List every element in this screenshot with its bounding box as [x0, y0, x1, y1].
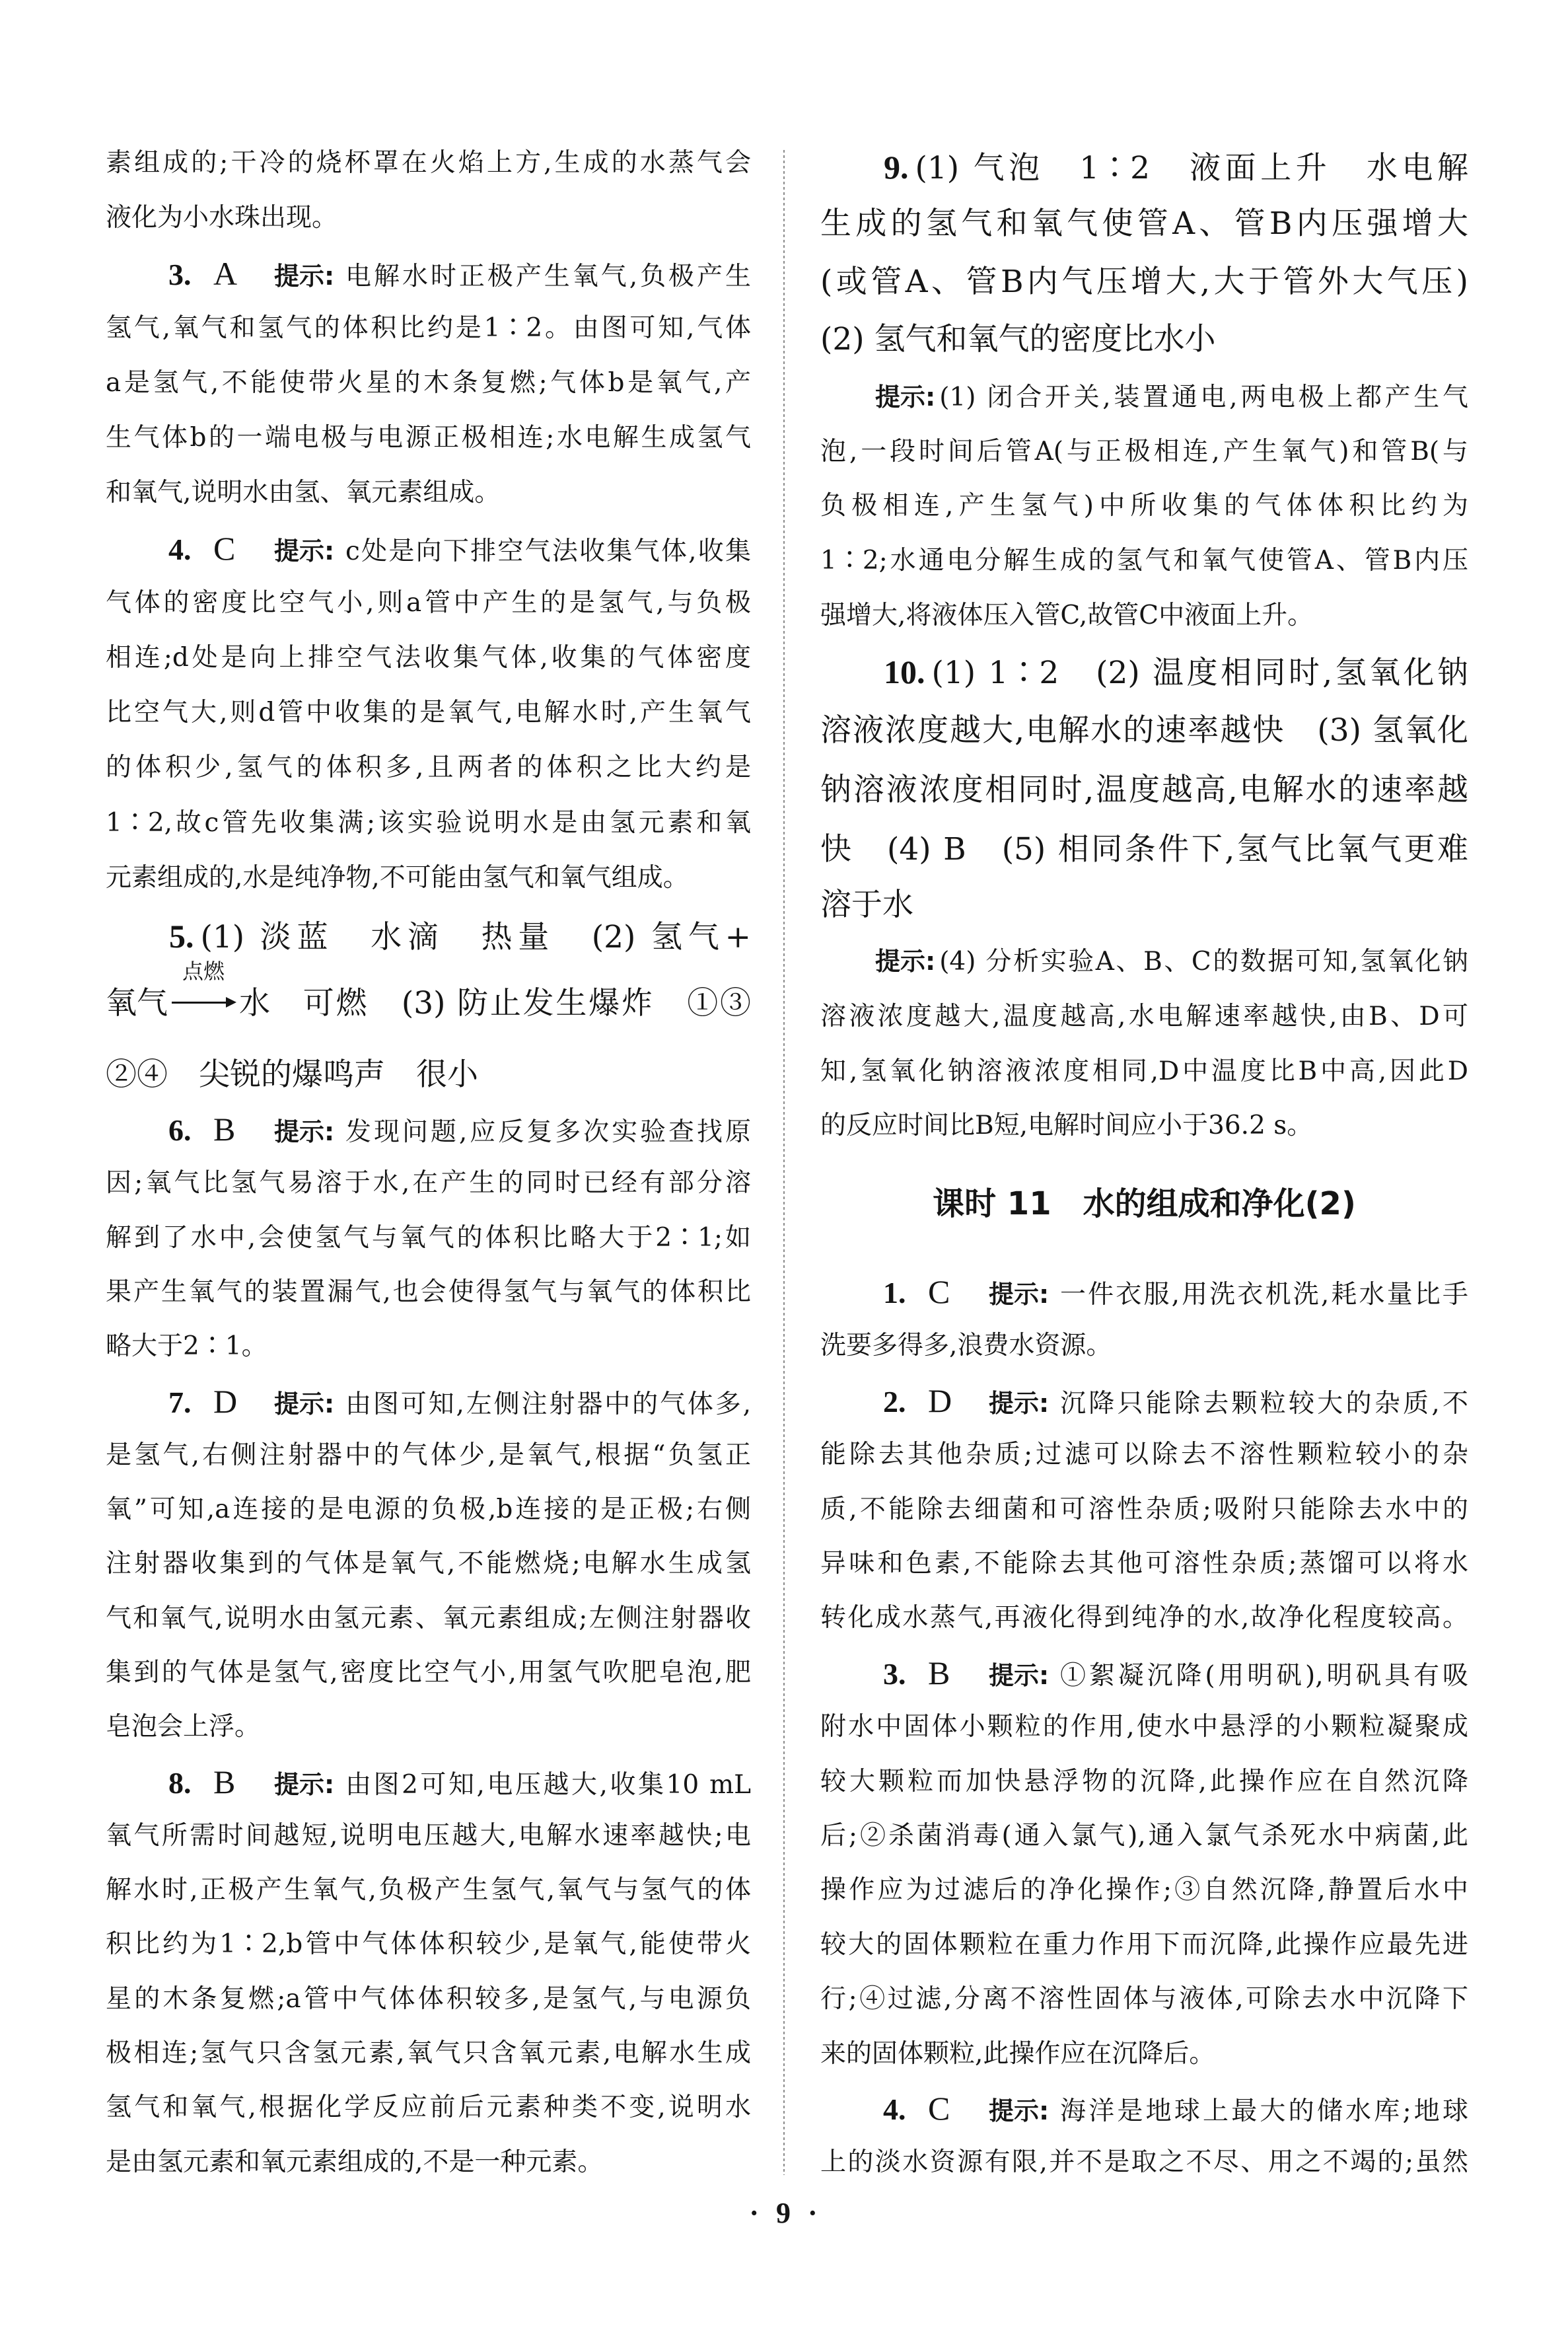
section-question-2: 2. D 提示: 沉降只能除去颗粒较大的杂质,不	[820, 1381, 1468, 1421]
text-line: 溶液浓度越大,温度越高,水电解速率越快,由B、D可	[820, 997, 1468, 1037]
question-number: 3.	[168, 255, 213, 295]
text-line: 氢气,氧气和氢气的体积比约是1∶2。由图可知,气体	[106, 309, 751, 348]
text-line: 能除去其他杂质;过滤可以除去不溶性颗粒较小的杂	[820, 1435, 1468, 1475]
text-line: 异味和色素,不能除去其他可溶性杂质;蒸馏可以将水	[820, 1544, 1468, 1584]
equation-reactant: 氧气	[106, 984, 168, 1023]
hint-text: 海洋是地球上最大的储水库;地球	[1060, 2092, 1468, 2131]
arrow-shaft	[172, 1002, 230, 1004]
answer-text: (1) 气泡 1∶2 液面上升 水电解	[915, 149, 1469, 188]
answer-choice: D	[928, 1381, 989, 1421]
section-question-1: 1. C 提示: 一件衣服,用洗衣机洗,耗水量比手	[820, 1272, 1468, 1311]
bullet-dot-icon: ·	[749, 2197, 759, 2229]
answer-choice: A	[213, 254, 274, 293]
arrow-head	[226, 997, 236, 1008]
answer-choice: C	[213, 529, 274, 568]
text-line: 皂泡会上浮。	[106, 1707, 751, 1747]
text-line: 解到了水中,会使氢气与氧气的体积比略大于2∶1;如	[106, 1218, 751, 1258]
hint-text: 发现问题,应反复多次实验查找原	[345, 1113, 751, 1152]
text-line: 负极相连,产生氢气)中所收集的气体体积比约为	[820, 486, 1468, 526]
answer-choice: C	[928, 2088, 989, 2128]
text-line: 注射器收集到的气体是氧气,不能燃烧;电解水生成氢	[106, 1544, 751, 1584]
text-line: 的反应时间比B短,电解时间应小于36.2 s。	[820, 1106, 1468, 1146]
hint-text: 电解水时正极产生氧气,负极产生	[345, 257, 751, 297]
question-5: 5. (1) 淡蓝 水滴 热量 (2) 氢气+	[106, 916, 751, 956]
question-number: 2.	[883, 1382, 928, 1422]
text-line: 泡,一段时间后管A(与正极相连,产生氧气)和管B(与	[820, 432, 1468, 472]
question-number: 6.	[168, 1111, 213, 1150]
page-number: ·9·	[717, 2195, 849, 2232]
right-column: 9. (1) 气泡 1∶2 液面上升 水电解 生成的氢气和氧气使管A、管B内压强…	[820, 0, 1468, 2325]
text-line: ②④ 尖锐的爆鸣声 很小	[106, 1055, 751, 1095]
hint-text: 沉降只能除去颗粒较大的杂质,不	[1060, 1384, 1468, 1424]
text-line: (或管A、管B内气压增大,大于管外大气压)	[820, 262, 1468, 302]
text-line: 相连;d处是向上排空气法收集气体,收集的气体密度	[106, 638, 751, 678]
text-line: 比空气大,则d管中收集的是氧气,电解水时,产生氧气	[106, 693, 751, 733]
column-divider	[783, 150, 785, 2175]
question-8: 8. B 提示: 由图2可知,电压越大,收集10 mL	[106, 1762, 751, 1802]
text-line: 较大颗粒而加快悬浮物的沉降,此操作应在自然沉降	[820, 1762, 1468, 1802]
text-line: 氢气和氧气,根据化学反应前后元素种类不变,说明水	[106, 2088, 751, 2127]
hint-text: 由图2可知,电压越大,收集10 mL	[345, 1765, 751, 1805]
question-number: 10.	[884, 652, 925, 692]
text-line: 的体积少,氢气的体积多,且两者的体积之比大约是	[106, 748, 751, 788]
question-number: 3.	[883, 1654, 928, 1694]
text-line: 素组成的;干冷的烧杯罩在火焰上方,生成的水蒸气会	[106, 143, 751, 183]
question-7: 7. D 提示: 由图可知,左侧注射器中的气体多,	[106, 1382, 751, 1421]
equation-product: 水	[239, 984, 270, 1023]
question-4: 4. C 提示: c处是向下排空气法收集气体,收集	[106, 529, 751, 568]
text-line: 积比约为1∶2,b管中气体体积较少,是氧气,能使带火	[106, 1925, 751, 1964]
text-line: 解水时,正极产生氧气,负极产生氢气,氧气与氢气的体	[106, 1870, 751, 1910]
hint-label: 提示:	[989, 1384, 1060, 1423]
text-line: 极相连;氢气只含氢元素,氧气只含氧元素,电解水生成	[106, 2034, 751, 2073]
text-line: 液化为小水珠出现。	[106, 198, 751, 238]
question-10-hint: 提示: (4) 分析实验A、B、C的数据可知,氢氧化钠	[820, 941, 1468, 981]
text-line: 和氧气,说明水由氢、氧元素组成。	[106, 473, 751, 513]
hint-label: 提示:	[875, 941, 935, 981]
text-line: 是氢气,右侧注射器中的气体少,是氧气,根据“负氢正	[106, 1436, 751, 1475]
text-line: 后;②杀菌消毒(通入氯气),通入氯气杀死水中病菌,此	[820, 1816, 1468, 1856]
text-line: 快 (4) B (5) 相同条件下,氢气比氧气更难	[820, 830, 1468, 869]
hint-label: 提示:	[274, 256, 345, 296]
answer-key-page: 素组成的;干冷的烧杯罩在火焰上方,生成的水蒸气会 液化为小水珠出现。 3. A …	[0, 0, 1568, 2325]
text-line: 行;④过滤,分离不溶性固体与液体,可除去水中沉降下	[820, 1979, 1468, 2019]
hint-text: 一件衣服,用洗衣机洗,耗水量比手	[1060, 1275, 1468, 1315]
text-line: 星的木条复燃;a管中气体体积较多,是氢气,与电源负	[106, 1979, 751, 2019]
text-line: 溶于水	[820, 885, 1468, 925]
reaction-arrow-icon: 点燃	[170, 1000, 236, 1014]
section-question-3: 3. B 提示: ①絮凝沉降(用明矾),明矾具有吸	[820, 1653, 1468, 1693]
text-line: 操作应为过滤后的净化操作;③自然沉降,静置后水中	[820, 1870, 1468, 1910]
question-number: 8.	[168, 1763, 213, 1803]
bullet-dot-icon: ·	[808, 2197, 818, 2229]
text-line: 上的淡水资源有限,并不是取之不尽、用之不竭的;虽然	[820, 2143, 1468, 2182]
text-line: 质,不能除去细菌和可溶性杂质;吸附只能除去水中的	[820, 1490, 1468, 1530]
hint-text: c处是向下排空气法收集气体,收集	[345, 532, 751, 572]
answer-choice: C	[928, 1272, 989, 1311]
hint-label: 提示:	[274, 531, 345, 571]
section-question-4: 4. C 提示: 海洋是地球上最大的储水库;地球	[820, 2088, 1468, 2128]
text-line: 知,氢氧化钠溶液浓度相同,D中温度比B中高,因此D	[820, 1052, 1468, 1091]
text-line: 是由氢元素和氧元素组成的,不是一种元素。	[106, 2143, 751, 2182]
text-line: 洗要多得多,浪费水资源。	[820, 1326, 1468, 1366]
text-line: 转化成水蒸气,再液化得到纯净的水,故净化程度较高。	[820, 1598, 1468, 1638]
text-line: 较大的固体颗粒在重力作用下而沉降,此操作应最先进	[820, 1925, 1468, 1965]
answer-text: (1) 1∶2 (2) 温度相同时,氢氧化钠	[932, 653, 1469, 693]
hint-label: 提示:	[274, 1765, 345, 1804]
text-line: 因;氧气比氢气易溶于水,在产生的同时已经有部分溶	[106, 1163, 751, 1203]
hint-label: 提示:	[989, 1274, 1060, 1314]
left-column: 素组成的;干冷的烧杯罩在火焰上方,生成的水蒸气会 液化为小水珠出现。 3. A …	[106, 0, 751, 2325]
answer-choice: B	[213, 1762, 274, 1802]
text-line: 略大于2∶1。	[106, 1327, 751, 1366]
answer-choice: B	[928, 1653, 989, 1693]
page-number-value: 9	[776, 2197, 791, 2229]
hint-text: 由图可知,左侧注射器中的气体多,	[345, 1385, 751, 1424]
answer-text: 可燃 (3) 防止发生爆炸 ①③	[270, 984, 751, 1023]
question-10: 10. (1) 1∶2 (2) 温度相同时,氢氧化钠	[820, 652, 1468, 692]
question-9-hint: 提示: (1) 闭合开关,装置通电,两电极上都产生气	[820, 377, 1468, 417]
text-line: 溶液浓度越大,电解水的速率越快 (3) 氢氧化	[820, 711, 1468, 751]
text-line: 气体的密度比空气小,则a管中产生的是氢气,与负极	[106, 583, 751, 623]
hint-label: 提示:	[875, 377, 935, 417]
text-line: 1∶2,故c管先收集满;该实验说明水是由氢元素和氧	[106, 803, 751, 843]
hint-label: 提示:	[989, 2091, 1060, 2131]
text-line: 元素组成的,水是纯净物,不可能由氢气和氧气组成。	[106, 858, 751, 898]
question-number: 4.	[168, 530, 213, 570]
text-line: 果产生氧气的装置漏气,也会使得氢气与氧气的体积比	[106, 1273, 751, 1312]
question-number: 7.	[168, 1383, 213, 1422]
text-line: 生成的氢气和氧气使管A、管B内压强增大	[820, 204, 1468, 244]
hint-label: 提示:	[274, 1112, 345, 1152]
section-title: 课时 11 水的组成和净化(2)	[820, 1181, 1468, 1227]
text-line: 气和氧气,说明水由氢元素、氧元素组成;左侧注射器收	[106, 1599, 751, 1639]
hint-text: ①絮凝沉降(用明矾),明矾具有吸	[1060, 1656, 1468, 1696]
hint-label: 提示:	[989, 1656, 1060, 1695]
text-line: 1∶2;水通电分解生成的氢气和氧气使管A、管B内压	[820, 541, 1468, 581]
chemical-equation-line: 氧气 点燃 水 可燃 (3) 防止发生爆炸 ①③	[106, 984, 751, 1023]
hint-text: (1) 闭合开关,装置通电,两电极上都产生气	[939, 378, 1468, 418]
reaction-condition: 点燃	[170, 959, 236, 983]
hint-label: 提示:	[274, 1384, 345, 1424]
text-line: 来的固体颗粒,此操作应在沉降后。	[820, 2034, 1468, 2074]
question-9: 9. (1) 气泡 1∶2 液面上升 水电解	[820, 147, 1468, 187]
text-line: 强增大,将液体压入管C,故管C中液面上升。	[820, 596, 1468, 636]
question-number: 9.	[884, 147, 909, 187]
text-line: 氧”可知,a连接的是电源的负极,b连接的是正极;右侧	[106, 1490, 751, 1530]
text-line: 生气体b的一端电极与电源正极相连;水电解生成氢气	[106, 418, 751, 458]
text-line: a是氢气,不能使带火星的木条复燃;气体b是氧气,产	[106, 363, 751, 403]
question-number: 1.	[883, 1273, 928, 1313]
question-number: 4.	[883, 2090, 928, 2129]
text-line: 附水中固体小颗粒的作用,使水中悬浮的小颗粒凝聚成	[820, 1707, 1468, 1747]
text-line: 集到的气体是氢气,密度比空气小,用氢气吹肥皂泡,肥	[106, 1653, 751, 1693]
hint-text: (4) 分析实验A、B、C的数据可知,氢氧化钠	[939, 942, 1468, 982]
question-number: 5.	[169, 916, 194, 956]
text-line: (2) 氢气和氧气的密度比水小	[820, 320, 1468, 359]
question-3: 3. A 提示: 电解水时正极产生氧气,负极产生	[106, 254, 751, 293]
text-line: 钠溶液浓度相同时,温度越高,电解水的速率越	[820, 770, 1468, 810]
answer-choice: B	[213, 1109, 274, 1149]
answer-text: (1) 淡蓝 水滴 热量 (2) 氢气+	[201, 918, 752, 957]
answer-choice: D	[213, 1382, 274, 1421]
text-line: 氧气所需时间越短,说明电压越大,电解水速率越快;电	[106, 1816, 751, 1856]
question-6: 6. B 提示: 发现问题,应反复多次实验查找原	[106, 1109, 751, 1149]
